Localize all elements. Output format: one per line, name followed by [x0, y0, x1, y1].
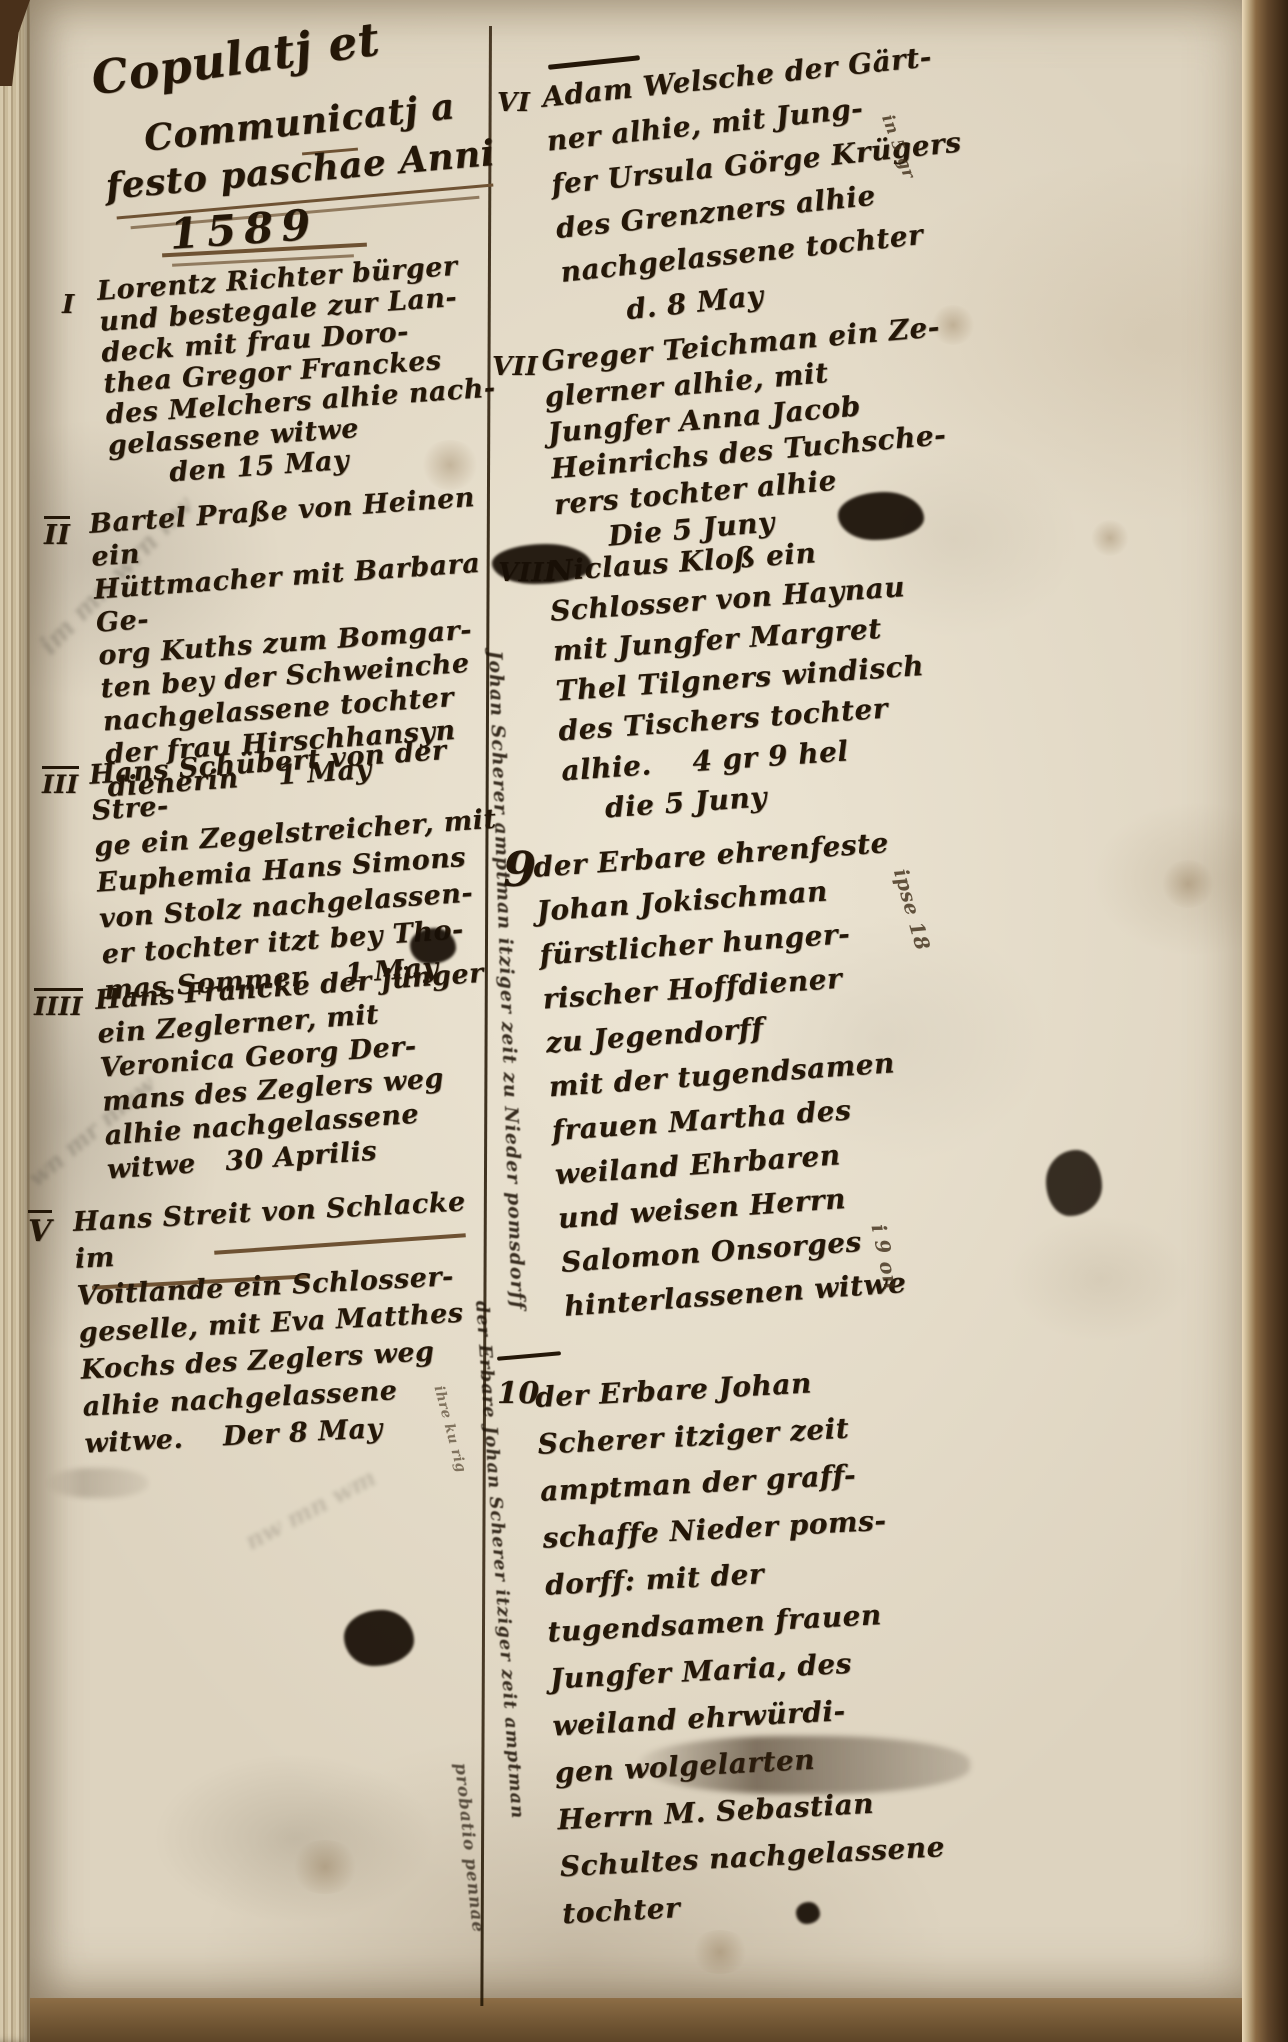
entry-10-text: der Erbare Johan Scherer itziger zeit am… [534, 1350, 1018, 1937]
entry-number-V: V [28, 1210, 52, 1249]
ink-blot-entry-VIII-number [492, 544, 592, 584]
ink-blot [1046, 1150, 1102, 1216]
entry-number-10: 10 [497, 1376, 540, 1411]
entry-I-text: Lorentz Richter bürger und bestegale zur… [96, 248, 515, 493]
entry-VIII-text: Niclaus Kloß ein Schlosser von Haynau mi… [546, 522, 999, 832]
entry-VII-text: Greger Teichman ein Ze- glerner alhie, m… [540, 305, 1002, 559]
entry-number-I: I [62, 290, 75, 320]
ink-smear [640, 1736, 970, 1794]
ink-blot [410, 928, 456, 964]
book-cover-right [1242, 0, 1288, 2042]
entry-number-III: III [42, 766, 79, 799]
entry-9-text: der Erbare ehrenfeste Johan Jokischman f… [532, 814, 1030, 1329]
stain [290, 1840, 360, 1894]
register-year: 1589 [168, 200, 320, 259]
ink-blot [796, 1902, 820, 1924]
entry-number-IIII: IIII [34, 988, 83, 1021]
entry-VI-text: Adam Welsche der Gärt- ner alhie, mit Ju… [540, 30, 1005, 339]
entry-number-VI: VI [497, 88, 530, 118]
ink-blot [838, 492, 924, 540]
entry-IIII-text: Hans Francke der jünger ein Zeglerner, m… [94, 956, 512, 1188]
pencil-smear [48, 1468, 148, 1498]
book-page-edges [0, 0, 30, 2042]
stain [1160, 860, 1216, 908]
ink-blot [344, 1610, 414, 1666]
entry-number-VII: VII [492, 352, 538, 382]
stain [1090, 520, 1130, 556]
entry-number-II: II [44, 516, 70, 551]
stain [690, 1930, 750, 1974]
